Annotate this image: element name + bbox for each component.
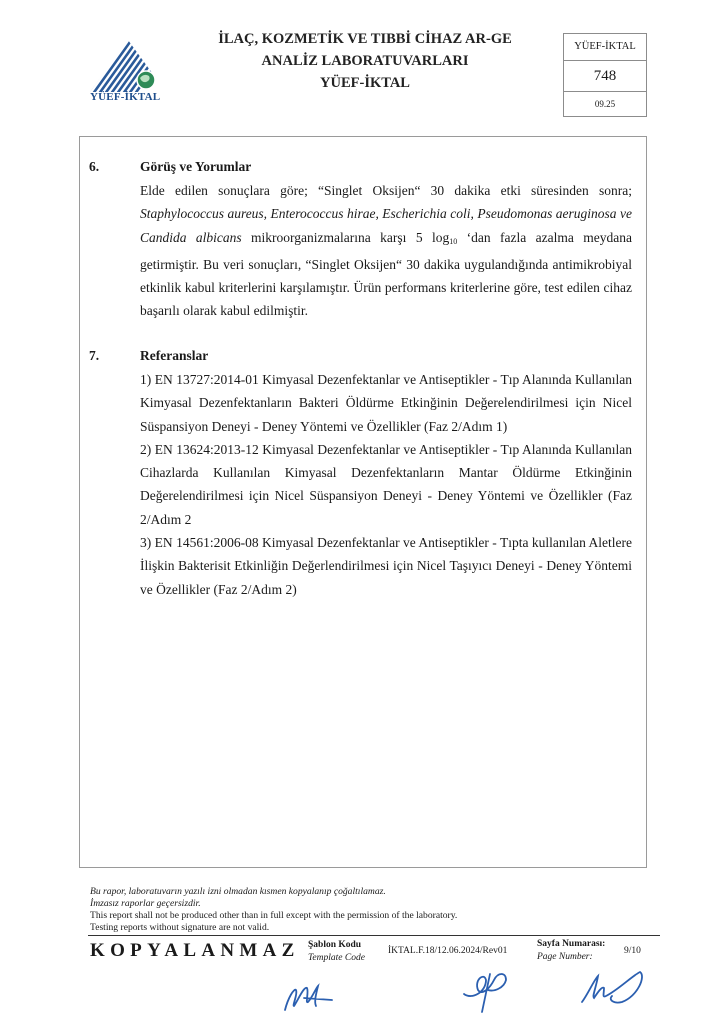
reference-item: 1) EN 13727:2014-01 Kimyasal Dezenfektan…: [140, 368, 632, 438]
title-line-1: İLAÇ, KOZMETİK VE TIBBİ CİHAZ AR-GE: [190, 28, 540, 50]
reference-item: 3) EN 14561:2006-08 Kimyasal Dezenfektan…: [140, 531, 632, 601]
logo-triangle-icon: [88, 38, 168, 94]
template-label-tr: Şablon Kodu: [308, 939, 365, 952]
footer-divider: [88, 935, 660, 936]
signature-2-icon: [460, 966, 522, 1016]
disclaimer: Bu rapor, laboratuvarın yazılı izni olma…: [90, 886, 630, 934]
text-run: mikroorganizmalarına karşı 5 log: [242, 230, 450, 245]
template-label-en: Template Code: [308, 952, 365, 965]
disclaimer-en-2: Testing reports without signature are no…: [90, 922, 630, 934]
title-line-2: ANALİZ LABORATUVARLARI: [190, 50, 540, 72]
disclaimer-en-1: This report shall not be produced other …: [90, 910, 630, 922]
page-label: Sayfa Numarası: Page Number:: [537, 938, 605, 964]
section-title: Görüş ve Yorumlar: [140, 159, 251, 175]
disclaimer-tr-1: Bu rapor, laboratuvarın yazılı izni olma…: [90, 886, 630, 898]
title-line-3: YÜEF-İKTAL: [190, 72, 540, 94]
no-copy-stamp: KOPYALANMAZ: [90, 940, 300, 962]
comments-paragraph: Elde edilen sonuçlara göre; “Singlet Oks…: [140, 179, 632, 323]
lab-title: İLAÇ, KOZMETİK VE TIBBİ CİHAZ AR-GE ANAL…: [190, 28, 540, 94]
section-number: 6.: [89, 159, 99, 175]
logo-text: YÜEF-İKTAL: [90, 91, 160, 103]
reference-item: 2) EN 13624:2013-12 Kimyasal Dezenfektan…: [140, 438, 632, 531]
code-box-org: YÜEF-İKTAL: [564, 34, 646, 61]
signature-3-icon: [578, 966, 648, 1014]
content-frame: 6. Görüş ve Yorumlar Elde edilen sonuçla…: [79, 136, 647, 868]
page-label-tr: Sayfa Numarası:: [537, 938, 605, 951]
section-number: 7.: [89, 348, 99, 364]
signature-1-icon: [280, 976, 350, 1016]
template-label: Şablon Kodu Template Code: [308, 939, 365, 965]
text-run: Elde edilen sonuçlara göre; “Singlet Oks…: [140, 183, 632, 198]
page-number: 9/10: [624, 946, 641, 956]
section-title: Referanslar: [140, 348, 208, 364]
template-code: İKTAL.F.18/12.06.2024/Rev01: [388, 946, 507, 956]
page-label-en: Page Number:: [537, 951, 605, 964]
report-code-box: YÜEF-İKTAL 748 09.25: [563, 33, 647, 117]
report-date: 09.25: [564, 92, 646, 116]
report-number: 748: [564, 61, 646, 92]
references-list: 1) EN 13727:2014-01 Kimyasal Dezenfektan…: [140, 368, 632, 601]
disclaimer-tr-2: İmzasız raporlar geçersizdir.: [90, 898, 630, 910]
